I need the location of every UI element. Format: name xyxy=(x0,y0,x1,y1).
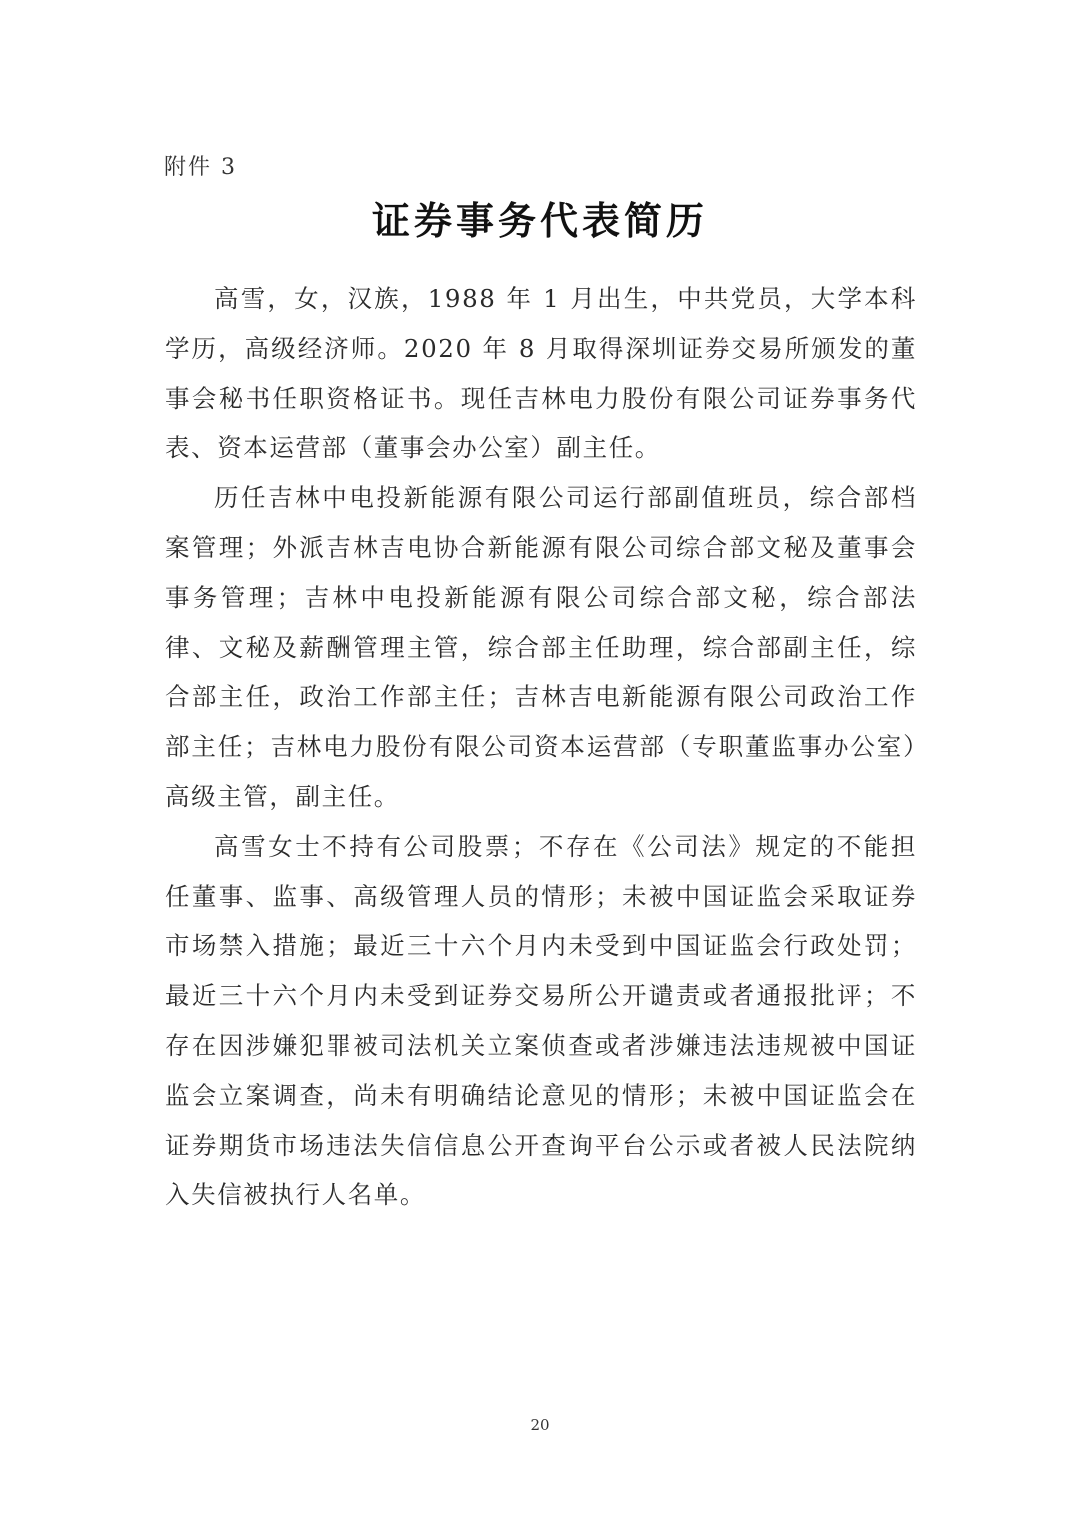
attachment-label: 附件 3 xyxy=(164,150,237,181)
page-title: 证券事务代表简历 xyxy=(0,190,1080,245)
paragraph-work-history: 历任吉林中电投新能源有限公司运行部副值班员，综合部档案管理；外派吉林吉电协合新能… xyxy=(165,473,917,822)
paragraph-compliance-statement: 高雪女士不持有公司股票；不存在《公司法》规定的不能担任董事、监事、高级管理人员的… xyxy=(165,822,917,1220)
page-number: 20 xyxy=(0,1416,1080,1434)
resume-body: 高雪，女，汉族，1988 年 1 月出生，中共党员，大学本科学历，高级经济师。2… xyxy=(165,274,917,1220)
document-page: 附件 3 证券事务代表简历 高雪，女，汉族，1988 年 1 月出生，中共党员，… xyxy=(0,0,1080,1527)
paragraph-basic-info: 高雪，女，汉族，1988 年 1 月出生，中共党员，大学本科学历，高级经济师。2… xyxy=(165,274,917,473)
